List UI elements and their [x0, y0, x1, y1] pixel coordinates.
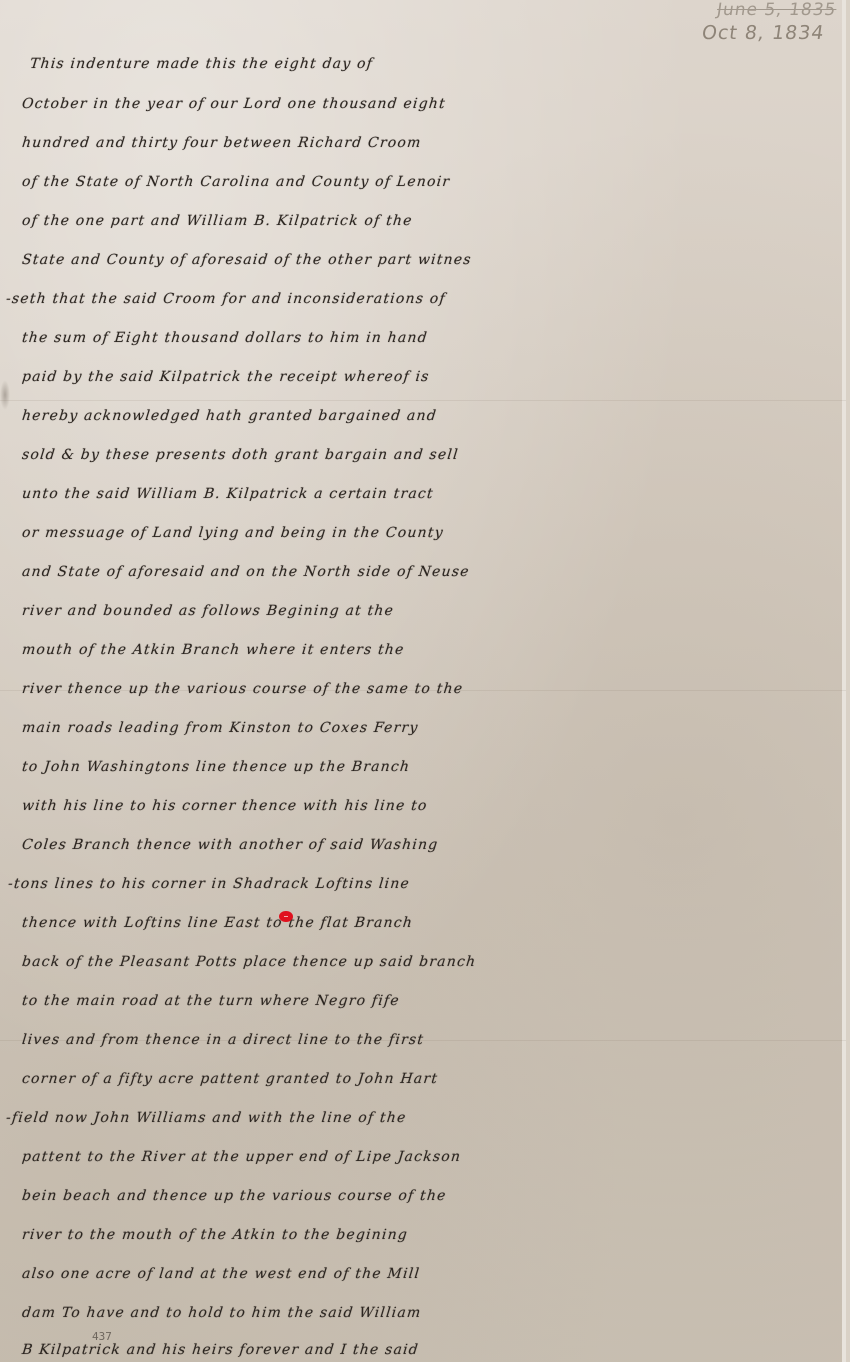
text-line: -seth that the said Croom for and incons… — [4, 283, 817, 315]
cursor-dot-marker — [279, 911, 293, 922]
text-line: sold & by these presents doth grant barg… — [20, 439, 833, 471]
text-line: with his line to his corner thence with … — [20, 790, 833, 822]
archive-date: Oct 8, 1834 — [700, 22, 826, 44]
text-line: dam To have and to hold to him the said … — [20, 1297, 833, 1329]
text-line: lives and from thence in a direct line t… — [20, 1024, 833, 1056]
text-line: pattent to the River at the upper end of… — [20, 1141, 833, 1173]
text-line: unto the said William B. Kilpatrick a ce… — [20, 478, 833, 510]
text-line: mouth of the Atkin Branch where it enter… — [20, 634, 833, 666]
text-line: main roads leading from Kinston to Coxes… — [20, 712, 833, 744]
text-line: Coles Branch thence with another of said… — [20, 829, 833, 861]
text-line: back of the Pleasant Potts place thence … — [20, 946, 833, 978]
text-line: also one acre of land at the west end of… — [20, 1258, 833, 1290]
text-line: This indenture made this the eight day o… — [28, 48, 841, 80]
text-line: of the one part and William B. Kilpatric… — [20, 205, 833, 237]
text-line: or messuage of Land lying and being in t… — [20, 517, 833, 549]
text-line: bein beach and thence up the various cou… — [20, 1180, 833, 1212]
text-line: river to the mouth of the Atkin to the b… — [20, 1219, 833, 1251]
text-line: paid by the said Kilpatrick the receipt … — [20, 361, 833, 393]
text-line: the sum of Eight thousand dollars to him… — [20, 322, 833, 354]
text-line: to John Washingtons line thence up the B… — [20, 751, 833, 783]
text-line: river and bounded as follows Begining at… — [20, 595, 833, 627]
text-line: hundred and thirty four between Richard … — [20, 127, 833, 159]
text-line: October in the year of our Lord one thou… — [20, 88, 833, 120]
text-line: hereby acknowledged hath granted bargain… — [20, 400, 833, 432]
text-line: -tons lines to his corner in Shadrack Lo… — [6, 868, 819, 900]
text-line: to the main road at the turn where Negro… — [20, 985, 833, 1017]
text-line: corner of a fifty acre pattent granted t… — [20, 1063, 833, 1095]
ink-stain — [0, 380, 10, 410]
text-line: river thence up the various course of th… — [20, 673, 833, 705]
deed-page: June 5, 1835 Oct 8, 1834 This indenture … — [0, 0, 846, 1362]
text-line: thence with Loftins line East to the fla… — [20, 907, 833, 939]
text-line: of the State of North Carolina and Count… — [20, 166, 833, 198]
archive-date-struck: June 5, 1835 — [715, 0, 837, 20]
text-line: -field now John Williams and with the li… — [4, 1102, 817, 1134]
text-line: B Kilpatrick and his heirs forever and I… — [20, 1334, 833, 1362]
page-number: 437 — [92, 1330, 112, 1343]
page-edge — [842, 0, 846, 1362]
text-line: State and County of aforesaid of the oth… — [20, 244, 833, 276]
text-line: and State of aforesaid and on the North … — [20, 556, 833, 588]
